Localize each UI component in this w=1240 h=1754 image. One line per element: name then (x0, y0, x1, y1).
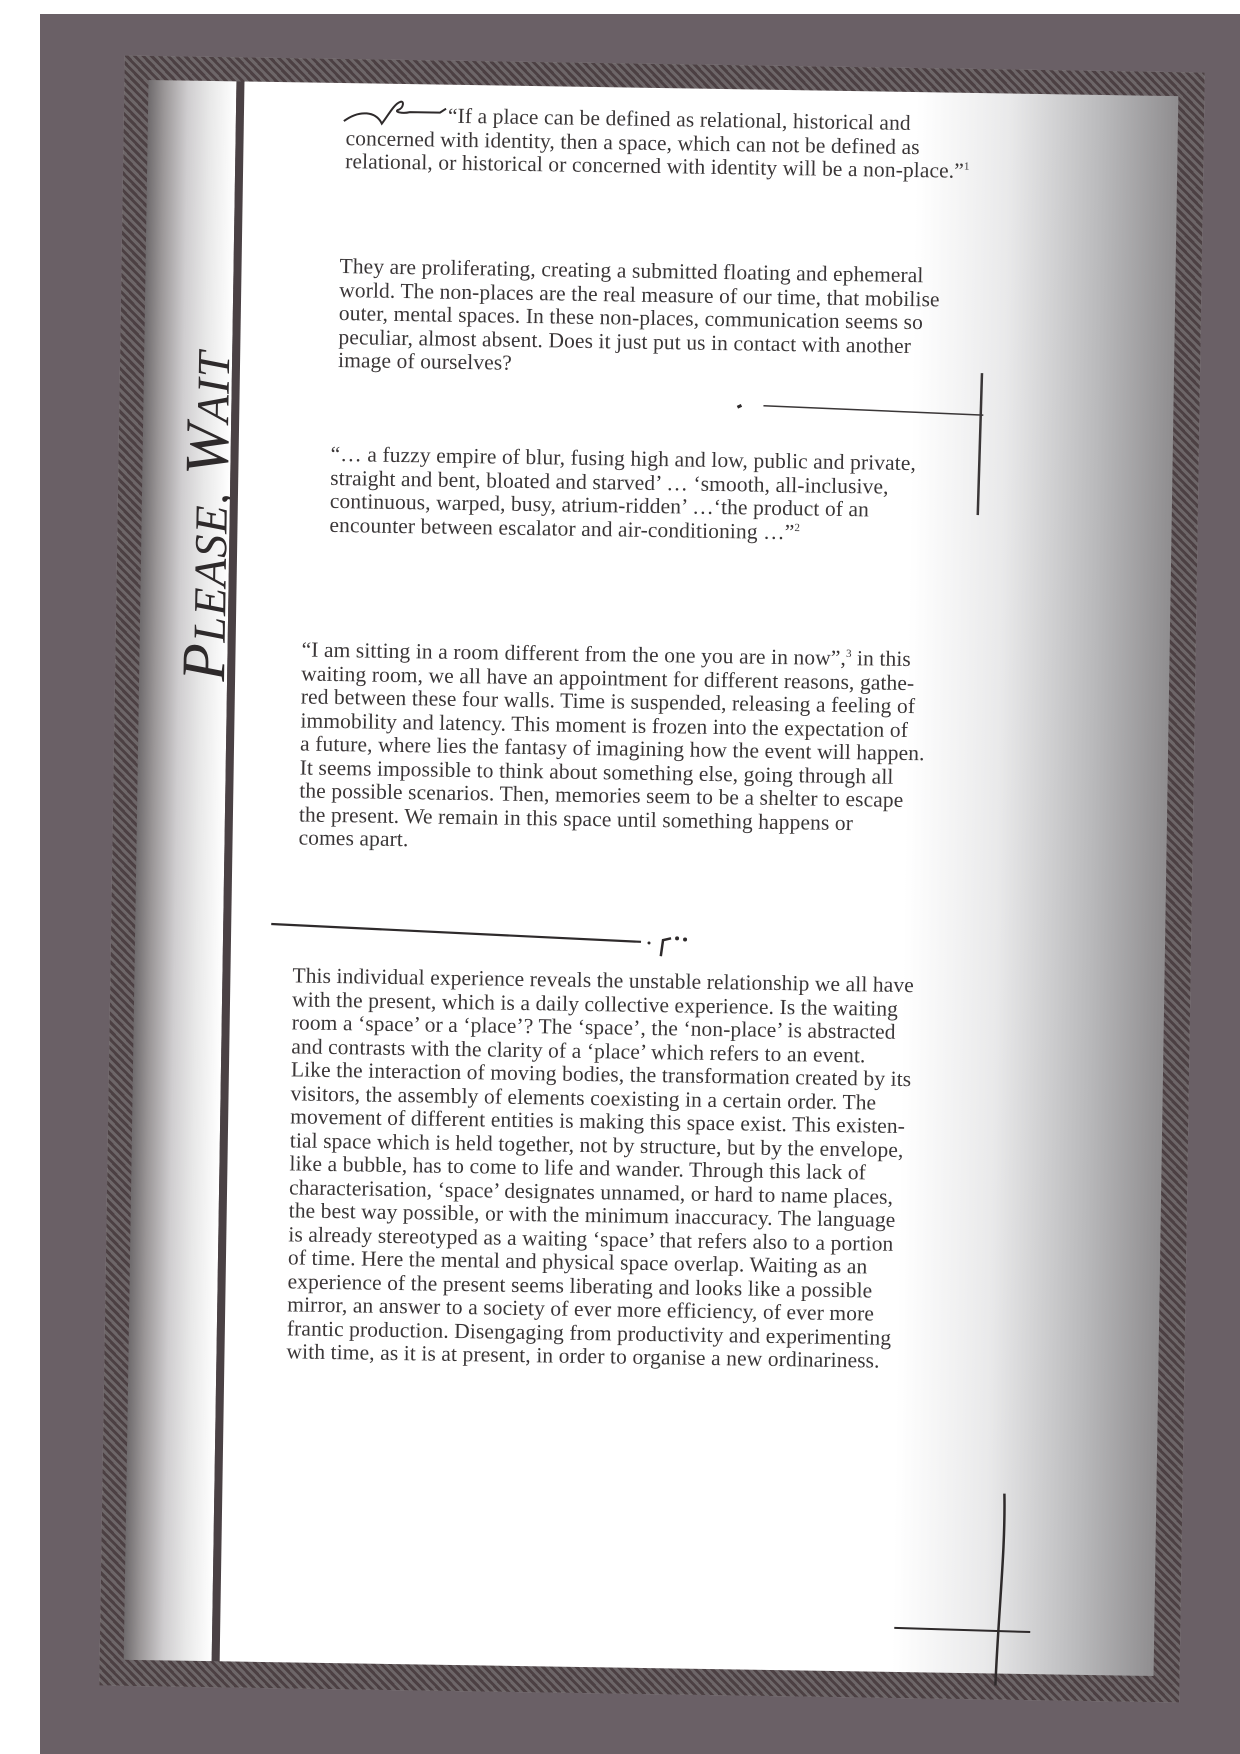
hand-drawn-divider-icon (269, 920, 690, 963)
paragraph-proliferating: They are proliferating, creating a submi… (338, 255, 1040, 383)
booklet-page: PLEASE, WAIT “If a place can be defined … (99, 56, 1204, 1703)
text-line-content: in this (851, 646, 911, 671)
paragraph-individual: This individual experience reveals the u… (286, 964, 1052, 1375)
quote-auge: “If a place can be defined as relational… (345, 103, 1046, 184)
hand-drawn-corner-cross-icon (889, 1488, 1042, 1690)
quote-junkspace: “… a fuzzy empire of blur, fusing high a… (329, 443, 1030, 548)
footnote-marker: 2 (794, 522, 800, 534)
footnote-marker: 1 (964, 161, 970, 173)
paragraph-sitting: “I am sitting in a room different from t… (298, 638, 1041, 861)
